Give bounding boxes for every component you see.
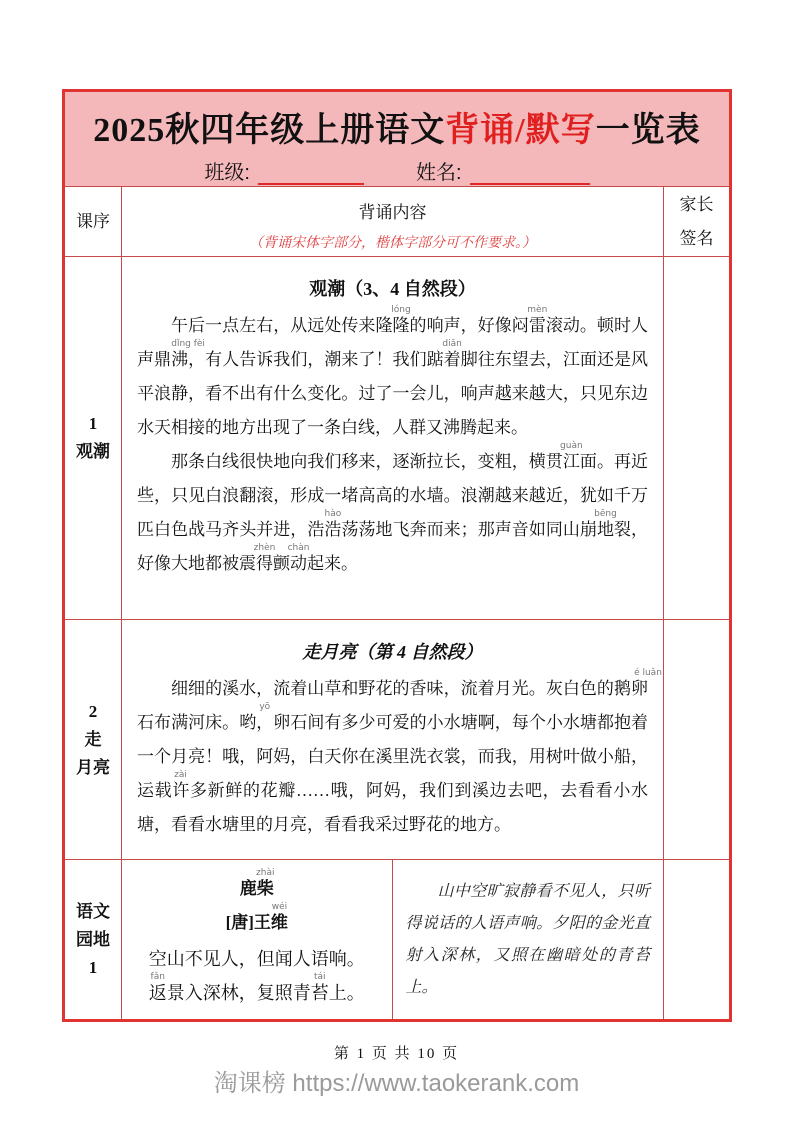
- table-header-row: 课序 背诵内容 （背诵宋体字部分，楷体字部分可不作要求。） 家长签名: [65, 186, 729, 256]
- lesson-row-2: 2走月亮 走月亮（第 4 自然段） 细细的溪水，流着山草和野花的香味，流着月光。…: [65, 619, 729, 859]
- poem-author: [唐]王维wéi: [122, 910, 392, 936]
- lesson-row-3: 语文园地1 鹿柴zhài [唐]王维wéi 空山不见人，但闻人语响。 返fǎn景…: [65, 859, 729, 1019]
- lesson-row-1: 1观潮 观潮（3、4 自然段） 午后一点左右，从远处传来隆lóng隆的响声，好像…: [65, 256, 729, 619]
- name-blank-line: [470, 165, 590, 185]
- lesson-content-cell: 鹿柴zhài [唐]王维wéi 空山不见人，但闻人语响。 返fǎn景入深林，复照…: [122, 860, 664, 1019]
- poem-translation: 山中空旷寂静看不见人，只听得说话的人语声响。夕阳的金光直射入深林，又照在幽暗处的…: [406, 876, 651, 1004]
- parent-sign-cell: [664, 620, 729, 859]
- watermark-site-link: 淘课榜 https://www.taokerank.com: [0, 1063, 793, 1098]
- poem-title: 鹿柴zhài: [122, 876, 392, 902]
- lesson-content-cell: 观潮（3、4 自然段） 午后一点左右，从远处传来隆lóng隆的响声，好像闷mèn…: [122, 257, 664, 619]
- title-part-black1: 2025秋四年级上册语文: [93, 112, 445, 149]
- title-part-black2: 一览表: [596, 112, 701, 149]
- title-banner: 2025秋四年级上册语文背诵/默写一览表 班级:姓名:: [65, 92, 729, 186]
- page-number: 第 1 页 共 10 页: [0, 1042, 793, 1063]
- poem-line: 空山不见人，但闻人语响。: [122, 942, 392, 976]
- recitation-table: 2025秋四年级上册语文背诵/默写一览表 班级:姓名: 课序 背诵内容 （背诵宋…: [62, 89, 732, 1022]
- parent-sign-cell: [664, 257, 729, 619]
- parent-sign-cell: [664, 860, 729, 1019]
- lesson-paragraph: 午后一点左右，从远处传来隆lóng隆的响声，好像闷mèn雷滚动。顿时人声鼎沸dǐ…: [137, 309, 648, 445]
- poem-line: 返fǎn景入深林，复照青苔tái上。: [122, 976, 392, 1010]
- name-label: 姓名:: [416, 162, 462, 184]
- lesson-number-cell: 1观潮: [65, 257, 122, 619]
- lesson-paragraph: 那条白线很快地向我们移来，逐渐拉长，变粗，横贯guàn江面。再近些，只见白浪翻滚…: [137, 445, 648, 581]
- student-fields: 班级:姓名:: [65, 156, 729, 185]
- title-part-red: 背诵/默写: [445, 112, 595, 149]
- lesson-title: 观潮（3、4 自然段）: [137, 275, 648, 303]
- lesson-number-cell: 语文园地1: [65, 860, 122, 1019]
- lesson-content-cell: 走月亮（第 4 自然段） 细细的溪水，流着山草和野花的香味，流着月光。灰白色的鹅…: [122, 620, 664, 859]
- column-header-content: 背诵内容 （背诵宋体字部分，楷体字部分可不作要求。）: [122, 187, 664, 256]
- class-blank-line: [258, 165, 364, 185]
- content-header-label: 背诵内容: [122, 187, 663, 223]
- poem-translation-cell: 山中空旷寂静看不见人，只听得说话的人语声响。夕阳的金光直射入深林，又照在幽暗处的…: [393, 860, 664, 1019]
- poem-cell: 鹿柴zhài [唐]王维wéi 空山不见人，但闻人语响。 返fǎn景入深林，复照…: [122, 860, 393, 1019]
- column-header-parent-sign: 家长签名: [664, 187, 729, 256]
- content-header-note: （背诵宋体字部分，楷体字部分可不作要求。）: [122, 232, 663, 252]
- lesson-title: 走月亮（第 4 自然段）: [137, 638, 648, 666]
- page-title: 2025秋四年级上册语文背诵/默写一览表: [65, 92, 729, 151]
- lesson-paragraph: 细细的溪水，流着山草和野花的香味，流着月光。灰白色的鹅卵é luǎn石布满河床。…: [137, 672, 648, 842]
- lesson-number-cell: 2走月亮: [65, 620, 122, 859]
- column-header-lesson: 课序: [65, 187, 122, 256]
- class-label: 班级:: [204, 162, 250, 184]
